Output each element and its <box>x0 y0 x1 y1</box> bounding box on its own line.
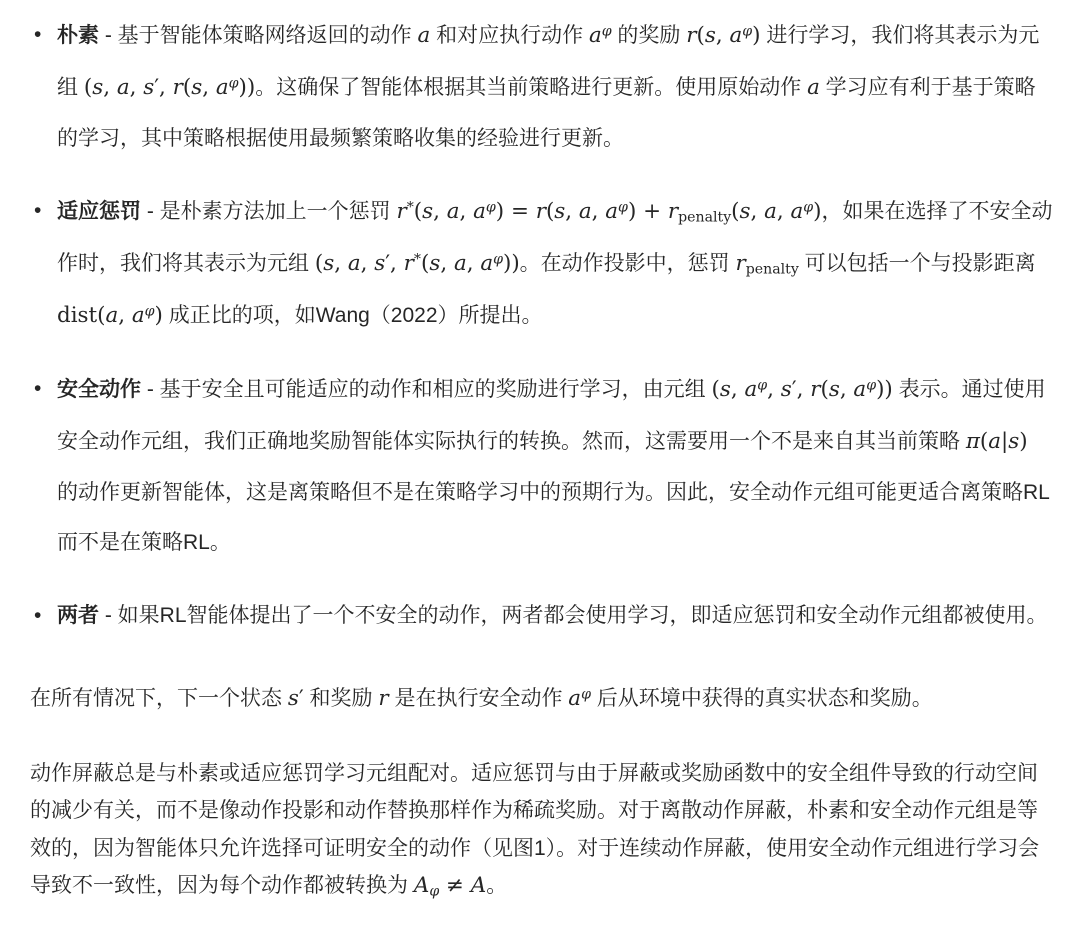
bullet-marker: • <box>34 10 41 61</box>
inline-math: (s, a, s′, r*(s, a, aφ)) <box>315 251 520 276</box>
bullet-term: 适应惩罚 <box>57 200 141 223</box>
bullet-item: •朴素 - 基于智能体策略网络返回的动作 a 和对应执行动作 aφ 的奖励 r(… <box>30 10 1054 164</box>
inline-math: aφ <box>568 686 591 711</box>
bullet-item: •适应惩罚 - 是朴素方法加上一个惩罚 r*(s, a, aφ) = r(s, … <box>30 186 1054 341</box>
inline-math: (s, a, s′, r(s, aφ)) <box>84 75 255 100</box>
bullet-text: 朴素 - 基于智能体策略网络返回的动作 a 和对应执行动作 aφ 的奖励 r(s… <box>57 24 1039 150</box>
bullet-marker: • <box>34 591 41 642</box>
bullet-text: 两者 - 如果RL智能体提出了一个不安全的动作，两者都会使用学习，即适应惩罚和安… <box>57 604 1048 627</box>
paragraph-action-masking: 动作屏蔽总是与朴素或适应惩罚学习元组配对。适应惩罚与由于屏蔽或奖励函数中的安全组… <box>30 755 1054 905</box>
bullet-marker: • <box>34 364 41 415</box>
bullet-term: 朴素 <box>57 24 99 47</box>
inline-math: s′ <box>288 686 304 711</box>
inline-math: Aφ ≠ A <box>414 873 486 898</box>
inline-math: a <box>418 23 431 48</box>
inline-math: a <box>807 75 820 100</box>
paragraph-all-cases: 在所有情况下，下一个状态 s′ 和奖励 r 是在执行安全动作 aφ 后从环境中获… <box>30 678 1054 721</box>
bullet-list: •朴素 - 基于智能体策略网络返回的动作 a 和对应执行动作 aφ 的奖励 r(… <box>30 10 1054 642</box>
bullet-text: 安全动作 - 基于安全且可能适应的动作和相应的奖励进行学习，由元组 (s, aφ… <box>57 378 1050 554</box>
inline-math: r*(s, a, aφ) = r(s, a, aφ) + rpenalty(s,… <box>397 199 822 224</box>
document-page: •朴素 - 基于智能体策略网络返回的动作 a 和对应执行动作 aφ 的奖励 r(… <box>0 0 1080 929</box>
bullet-marker: • <box>34 186 41 237</box>
bullet-text: 适应惩罚 - 是朴素方法加上一个惩罚 r*(s, a, aφ) = r(s, a… <box>57 200 1053 327</box>
inline-math: rpenalty <box>736 251 799 276</box>
inline-math: aφ <box>589 23 612 48</box>
inline-math: r <box>378 686 388 711</box>
bullet-term: 安全动作 <box>57 378 141 401</box>
bullet-item: •安全动作 - 基于安全且可能适应的动作和相应的奖励进行学习，由元组 (s, a… <box>30 364 1054 569</box>
bullet-item: •两者 - 如果RL智能体提出了一个不安全的动作，两者都会使用学习，即适应惩罚和… <box>30 591 1054 642</box>
bullet-term: 两者 <box>57 604 99 627</box>
inline-math: (s, aφ, s′, r(s, aφ)) <box>712 377 893 402</box>
inline-math: π(a|s) <box>966 429 1028 454</box>
inline-math: dist(a, aφ) <box>57 303 163 328</box>
inline-math: r(s, aφ) <box>686 23 760 48</box>
